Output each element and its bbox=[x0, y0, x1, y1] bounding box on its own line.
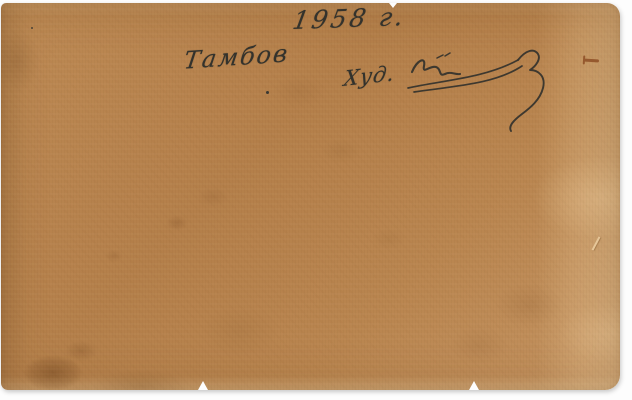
photo-verso-paper: 1958 г. Тамбов Худ. bbox=[1, 3, 620, 390]
artist-label-inscription: Худ. bbox=[342, 61, 396, 91]
city-inscription: Тамбов bbox=[182, 39, 291, 75]
bottom-edge-notch bbox=[198, 381, 208, 390]
ink-speck bbox=[31, 27, 33, 29]
scratch-mark bbox=[592, 236, 601, 250]
signature-strokes bbox=[408, 51, 544, 131]
artist-signature bbox=[400, 40, 580, 140]
scan-background: 1958 г. Тамбов Худ. bbox=[0, 0, 632, 400]
ink-dot bbox=[266, 91, 269, 94]
bottom-edge-notch bbox=[469, 381, 479, 390]
red-pencil-mark bbox=[584, 58, 599, 62]
top-edge-notch bbox=[389, 3, 397, 8]
